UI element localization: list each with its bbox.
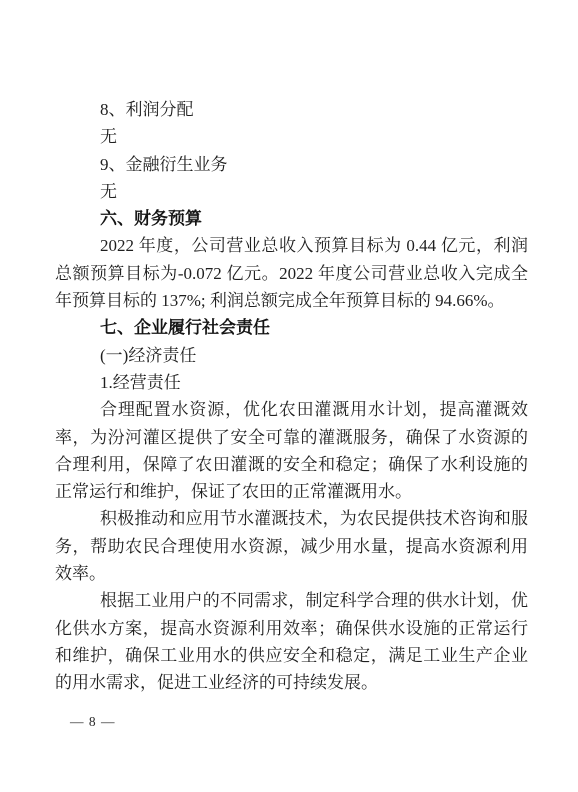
- paragraph-irrigation-service: 合理配置水资源，优化农田灌溉用水计划，提高灌溉效率，为汾河灌区提供了安全可靠的灌…: [55, 396, 528, 505]
- document-page: 8、利润分配 无 9、金融衍生业务 无 六、财务预算 2022 年度，公司营业总…: [0, 0, 578, 792]
- list-item-none-2: 无: [55, 178, 528, 205]
- paragraph-water-saving-technology: 积极推动和应用节水灌溉技术，为农民提供技术咨询和服务，帮助农民合理使用水资源，减…: [55, 505, 528, 587]
- section-heading-financial-budget: 六、财务预算: [55, 205, 528, 232]
- list-item-financial-derivatives: 9、金融衍生业务: [55, 151, 528, 178]
- list-item-profit-distribution: 8、利润分配: [55, 96, 528, 123]
- paragraph-budget-results: 2022 年度，公司营业总收入预算目标为 0.44 亿元，利润总额预算目标为-0…: [55, 232, 528, 314]
- list-item-none-1: 无: [55, 123, 528, 150]
- document-body: 8、利润分配 无 9、金融衍生业务 无 六、财务预算 2022 年度，公司营业总…: [55, 96, 528, 697]
- subheading-economic-responsibility: (一)经济责任: [55, 342, 528, 369]
- page-number: — 8 —: [70, 714, 116, 730]
- subheading-operating-responsibility: 1.经营责任: [55, 369, 528, 396]
- section-heading-social-responsibility: 七、企业履行社会责任: [55, 314, 528, 341]
- paragraph-industrial-water-supply: 根据工业用户的不同需求，制定科学合理的供水计划，优化供水方案，提高水资源利用效率…: [55, 587, 528, 696]
